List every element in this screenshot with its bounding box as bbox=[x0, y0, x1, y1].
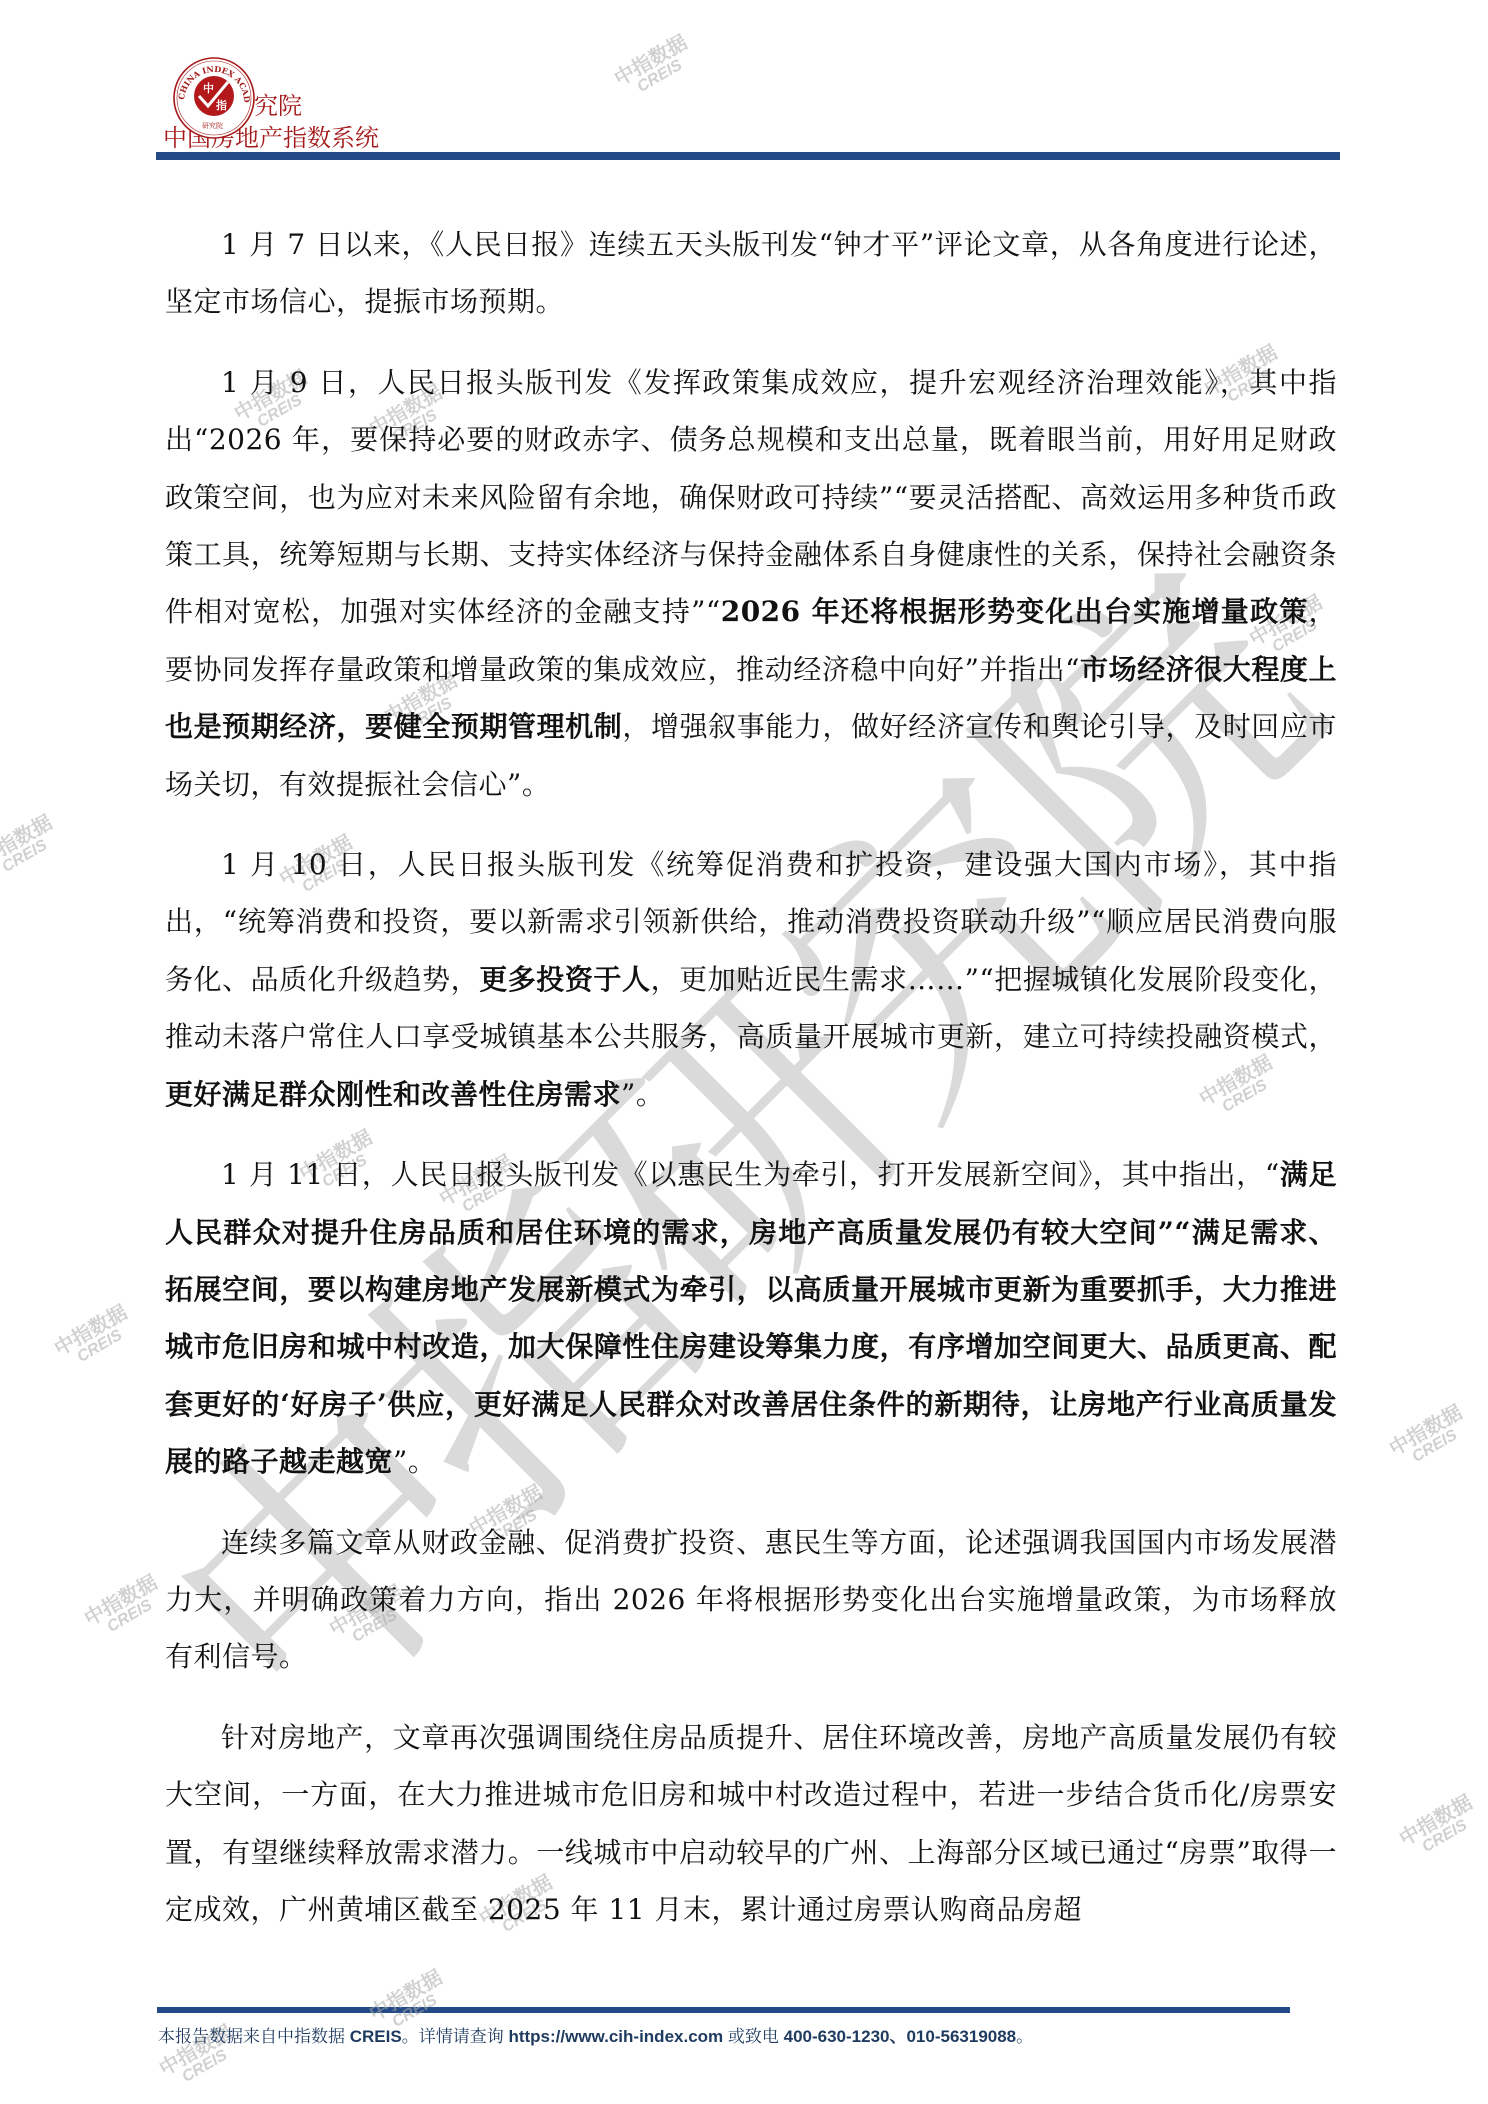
footer-divider bbox=[157, 2007, 1290, 2013]
watermark-small: 中指数据CREIS bbox=[51, 1302, 138, 1373]
paragraph-jan11: 1 月 11 日，人民日报头版刊发《以惠民生为牵引，打开发展新空间》，其中指出，… bbox=[165, 1146, 1337, 1490]
paragraph-jan9: 1 月 9 日，人民日报头版刊发《发挥政策集成效应，提升宏观经济治理效能》，其中… bbox=[165, 354, 1337, 813]
footer-source-note: 本报告数据来自中指数据 CREIS。详情请查询 https://www.cih-… bbox=[158, 2022, 1033, 2047]
paragraph-text: 1 月 9 日，人民日报头版刊发《发挥政策集成效应，提升宏观经济治理效能》，其中… bbox=[165, 366, 1337, 629]
paragraph-jan7: 1 月 7 日以来，《人民日报》连续五天头版刊发“钟才平”评论文章，从各角度进行… bbox=[165, 216, 1337, 331]
footer-phone-numbers: 400-630-1230、010-56319088 bbox=[784, 2027, 1017, 2046]
watermark-small: 中指数据CREIS bbox=[1396, 1792, 1483, 1863]
footer-prefix: 本报告数据来自中指数据 bbox=[158, 2027, 350, 2046]
watermark-small: 中指数据CREIS bbox=[81, 1572, 168, 1643]
svg-text:指: 指 bbox=[216, 98, 227, 112]
footer-website-link[interactable]: https://www.cih-index.com bbox=[508, 2027, 723, 2046]
watermark-small: 中指数据CREIS bbox=[1386, 1402, 1473, 1473]
paragraph-text: ”。 bbox=[621, 1078, 664, 1111]
report-body: 1 月 7 日以来，《人民日报》连续五天头版刊发“钟才平”评论文章，从各角度进行… bbox=[165, 216, 1337, 1961]
paragraph-text: 1 月 11 日，人民日报头版刊发《以惠民生为牵引，打开发展新空间》，其中指出，… bbox=[221, 1158, 1280, 1191]
footer-phone-prefix: 或致电 bbox=[723, 2027, 783, 2046]
paragraph-jan10: 1 月 10 日，人民日报头版刊发《统筹促消费和扩投资，建设强大国内市场》，其中… bbox=[165, 836, 1337, 1123]
paragraph-real-estate: 针对房地产，文章再次强调围绕住房品质提升、居住环境改善，房地产高质量发展仍有较大… bbox=[165, 1709, 1337, 1939]
paragraph-text: ”。 bbox=[393, 1445, 436, 1478]
page-header: CHINA INDEX ACADEMY 中 指 研究院 究院 中国房地产指数系统 bbox=[0, 0, 1488, 170]
watermark-small: 中指数据CREIS bbox=[0, 812, 64, 883]
emphasis-text: 2026 年还将根据形势变化出台实施增量政策 bbox=[721, 595, 1309, 628]
emphasis-text: 更好满足群众刚性和改善性住房需求 bbox=[165, 1078, 621, 1111]
emphasis-text: 满足人民群众对提升住房品质和居住环境的需求，房地产高质量发展仍有较大空间”“满足… bbox=[165, 1158, 1337, 1478]
footer-brand: CREIS bbox=[350, 2027, 402, 2046]
emphasis-text: 更多投资于人 bbox=[479, 963, 650, 996]
china-index-academy-logo-icon: CHINA INDEX ACADEMY 中 指 研究院 bbox=[172, 56, 256, 140]
paragraph-text: 1 月 7 日以来，《人民日报》连续五天头版刊发“钟才平”评论文章，从各角度进行… bbox=[165, 228, 1337, 318]
header-divider bbox=[156, 152, 1340, 160]
paragraph-text: 连续多篇文章从财政金融、促消费扩投资、惠民生等方面，论述强调我国国内市场发展潜力… bbox=[165, 1526, 1337, 1674]
paragraph-text: 针对房地产，文章再次强调围绕住房品质提升、居住环境改善，房地产高质量发展仍有较大… bbox=[165, 1721, 1337, 1926]
footer-middle: 。详情请查询 bbox=[402, 2027, 509, 2046]
svg-text:研究院: 研究院 bbox=[202, 121, 223, 130]
footer-suffix: 。 bbox=[1016, 2027, 1033, 2046]
org-name: 究院 bbox=[254, 86, 302, 121]
paragraph-summary: 连续多篇文章从财政金融、促消费扩投资、惠民生等方面，论述强调我国国内市场发展潜力… bbox=[165, 1514, 1337, 1686]
svg-text:中: 中 bbox=[203, 81, 214, 95]
